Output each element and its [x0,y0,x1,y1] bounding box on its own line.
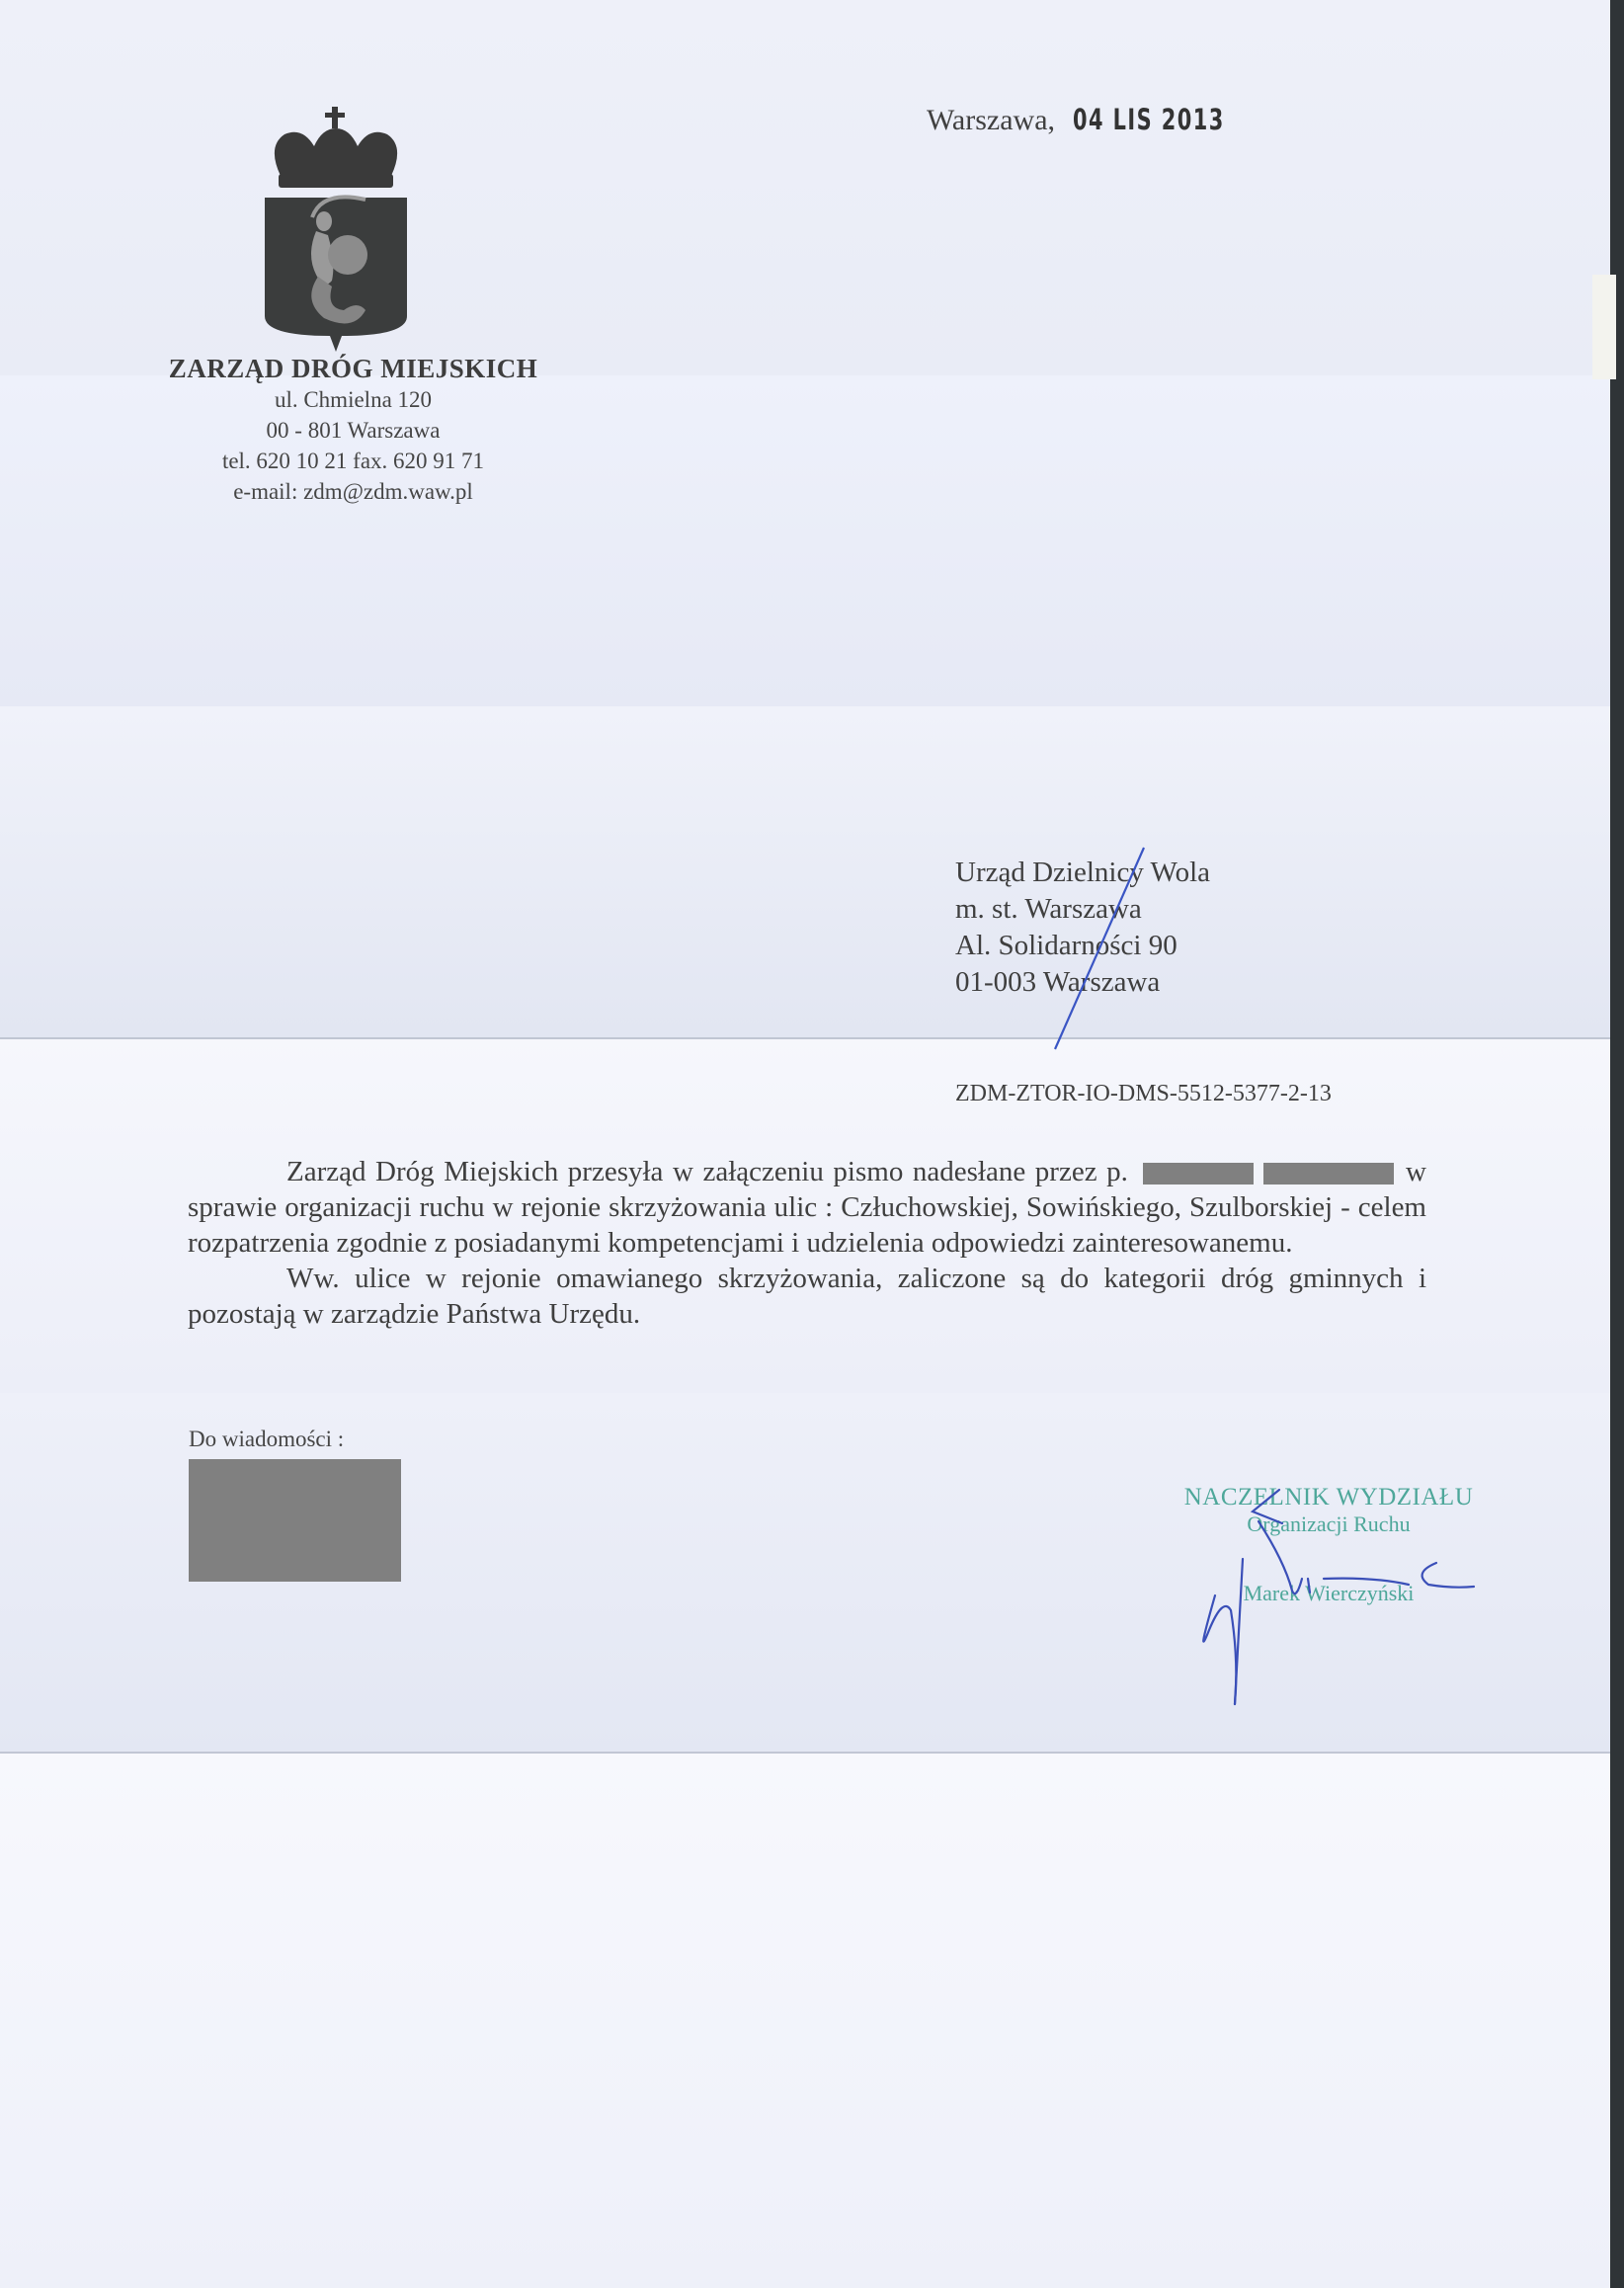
paragraph-1: Zarząd Dróg Miejskich przesyła w załącze… [188,1154,1426,1261]
redacted-cc-recipients [189,1459,401,1582]
pen-strike-mark [1027,840,1185,1057]
phone-fax: tel. 620 10 21 fax. 620 91 71 [148,446,558,476]
fold-line [0,1752,1610,1754]
date-line: Warszawa, 04 LIS 2013 [927,103,1283,137]
reference-number: ZDM-ZTOR-IO-DMS-5512-5377-2-13 [955,1081,1332,1107]
redacted-name [1143,1163,1254,1185]
paragraph-2: Ww. ulice w rejonie omawianego skrzyżowa… [188,1261,1426,1332]
letterhead: ZARZĄD DRÓG MIEJSKICH ul. Chmielna 120 0… [148,353,558,507]
torn-edge [1592,275,1616,379]
address-city: 00 - 801 Warszawa [148,415,558,446]
cc-label: Do wiadomości : [189,1427,344,1452]
letter-page [0,0,1610,2288]
letter-body: Zarząd Dróg Miejskich przesyła w załącze… [188,1154,1426,1332]
date-place: Warszawa, [927,104,1055,136]
date-stamp: 04 LIS 2013 [1073,103,1225,136]
organization-name: ZARZĄD DRÓG MIEJSKICH [148,353,558,384]
address-street: ul. Chmielna 120 [148,384,558,415]
email: e-mail: zdm@zdm.waw.pl [148,476,558,507]
warsaw-coat-of-arms-icon [263,107,409,352]
redacted-name [1263,1163,1394,1185]
handwritten-signature [1136,1462,1492,1719]
fold-line [0,1037,1610,1039]
